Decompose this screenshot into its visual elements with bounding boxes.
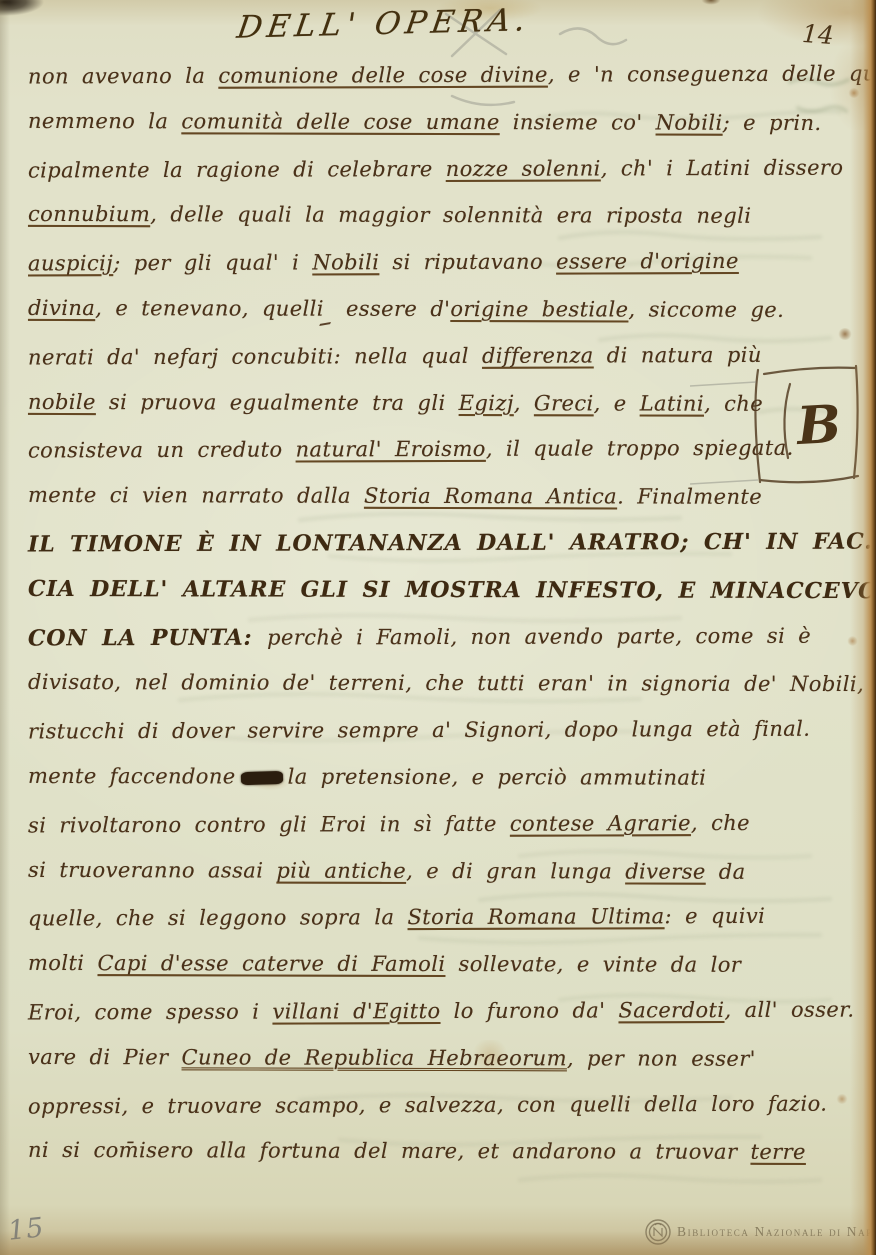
text-segment: , che — [704, 391, 763, 415]
text-segment: quelle, che si leggono sopra la — [28, 905, 408, 930]
text-segment: Eroi, come spesso i — [28, 1000, 273, 1025]
text-segment: , che — [691, 811, 750, 835]
text-segment: ; per gli qual' i — [113, 251, 312, 276]
text-segment: molti — [28, 951, 98, 975]
text-segment: , e tenevano, quelli — [95, 296, 324, 321]
underlined-text: Greci — [534, 391, 594, 415]
manuscript-line: vare di Pier Cuneo de Republica Hebraeor… — [28, 1034, 856, 1083]
underlined-text: villani d'Egitto — [272, 999, 440, 1024]
manuscript-line: divisato, nel dominio de' terreni, che t… — [28, 659, 856, 708]
text-segment: non avevano la — [28, 64, 218, 89]
text-segment: vare di Pier — [28, 1045, 182, 1069]
text-segment: CIA DELL' ALTARE GLI SI MOSTRA INFESTO, … — [28, 576, 876, 604]
underlined-text: Nobili — [312, 250, 379, 274]
underlined-text: Capi d'esse caterve di Famoli — [97, 951, 445, 976]
underlined-text: nobile — [28, 389, 96, 413]
text-segment: , e di gran lunga — [406, 858, 625, 883]
text-segment: mente ci vien narrato dalla — [28, 483, 364, 508]
underlined-text: contese Agrarie — [510, 811, 691, 836]
manuscript-line: CON LA PUNTA: perchè i Famoli, non avend… — [28, 612, 856, 662]
text-segment: IL TIMONE È IN LONTANANZA DALL' ARATRO; … — [28, 528, 873, 557]
text-segment: ristucchi di dover servire sempre a' Sig… — [28, 717, 810, 744]
text-segment: la pretensione, e perciò ammutinati — [288, 765, 707, 790]
underlined-text: Egizj — [459, 391, 514, 415]
underlined-text: Latini — [640, 391, 704, 415]
text-segment: cipalmente la ragione di celebrare — [28, 157, 446, 182]
underlined-text: più antiche — [276, 858, 406, 882]
page-title: DELL' OPERA. — [235, 2, 533, 46]
text-segment: , e 'n conseguenza delle quali — [548, 61, 876, 86]
text-segment: di natura più — [594, 343, 762, 368]
manuscript-line: Eroi, come spesso i villani d'Egitto lo … — [28, 986, 856, 1036]
text-segment: da — [706, 859, 746, 883]
paper-stain — [698, 0, 724, 12]
text-segment: . Finalmente — [617, 485, 762, 509]
text-segment: essere d' — [333, 297, 451, 321]
manuscript-line: nobile si pruova egualmente tra gli Egiz… — [28, 378, 856, 427]
page-number: 14 — [801, 19, 835, 50]
text-segment: divisato, nel dominio de' terreni, che t… — [28, 670, 864, 696]
text-segment: ni si com̄isero alla fortuna del mare, e… — [28, 1138, 751, 1164]
underlined-text: natural' Eroismo — [296, 437, 486, 462]
underlined-text: essere d'origine — [556, 249, 739, 274]
text-segment: perchè i Famoli, non avendo parte, come … — [267, 623, 811, 649]
manuscript-line: divina, e tenevano, quelli essere d'orig… — [28, 285, 856, 334]
underlined-text: auspicij — [28, 251, 113, 275]
manuscript-line: molti Capi d'esse caterve di Famoli soll… — [28, 940, 856, 989]
page-edge-right — [850, 0, 876, 1255]
underlined-text: Nobili — [656, 110, 723, 134]
manuscript-line: ristucchi di dover servire sempre a' Sig… — [28, 706, 856, 756]
text-segment: oppressi, e truovare scampo, e salvezza,… — [28, 1091, 827, 1118]
text-segment: , il quale troppo spiegata. — [486, 436, 794, 461]
underlined-text: differenza — [482, 343, 594, 367]
manuscript-line: nemmeno la comunità delle cose umane ins… — [28, 98, 856, 147]
text-segment: si pruova egualmente tra gli — [96, 390, 459, 415]
underlined-text: Sacerdoti — [618, 998, 724, 1022]
underlined-text: connubium — [28, 202, 150, 226]
manuscript-line: nerati da' nefarj concubiti: nella qual … — [28, 331, 856, 381]
text-segment: si truoveranno assai — [28, 857, 276, 882]
text-segment: consisteva un creduto — [28, 438, 296, 463]
text-segment: si riputavano — [379, 250, 556, 275]
manuscript-line: ni si com̄isero alla fortuna del mare, e… — [28, 1127, 856, 1176]
text-segment: insieme co' — [500, 110, 656, 134]
underlined-text: comunione delle cose divine — [218, 63, 548, 88]
text-segment: lo furono da' — [440, 998, 618, 1023]
manuscript-line: IL TIMONE È IN LONTANANZA DALL' ARATRO; … — [28, 519, 856, 569]
underlined-text: terre — [750, 1140, 805, 1164]
text-segment: CON LA PUNTA: — [28, 624, 267, 651]
manuscript-line: si truoveranno assai più antiche, e di g… — [28, 846, 856, 895]
manuscript-line: consisteva un creduto natural' Eroismo, … — [28, 425, 856, 475]
text-segment: si rivoltarono contro gli Eroi in sì fat… — [28, 812, 510, 838]
manuscript-line: CIA DELL' ALTARE GLI SI MOSTRA INFESTO, … — [28, 566, 856, 615]
text-segment: nemmeno la — [28, 109, 181, 133]
manuscript-line: connubium, delle quali la maggior solenn… — [28, 191, 856, 240]
text-segment: , delle quali la maggior solennità era r… — [150, 203, 751, 229]
underlined-text: comunità delle cose umane — [181, 109, 499, 134]
manuscript-line: cipalmente la ragione di celebrare nozze… — [28, 144, 856, 194]
text-segment: : e quivi — [664, 904, 765, 928]
text-segment: , ch' i Latini dissero — [601, 155, 844, 180]
text-segment: nerati da' nefarj concubiti: nella qual — [28, 344, 482, 370]
underlined-text: origine bestiale — [450, 297, 628, 321]
underlined-text: Storia Romana Ultima — [407, 905, 664, 930]
manuscript-line: oppressi, e truovare scampo, e salvezza,… — [28, 1080, 856, 1130]
manuscript-line: si rivoltarono contro gli Eroi in sì fat… — [28, 799, 856, 849]
manuscript-line: auspicij; per gli qual' i Nobili si ripu… — [28, 238, 856, 288]
underlined-text: diverse — [625, 859, 706, 883]
text-segment: , e — [594, 391, 640, 415]
manuscript-line: mente ci vien narrato dalla Storia Roman… — [28, 472, 856, 521]
text-segment: , — [514, 391, 534, 415]
double-underlined-text: Cuneo de Republica Hebraeorum — [182, 1045, 567, 1070]
manuscript-lines: non avevano la comunione delle cose divi… — [28, 52, 856, 1175]
text-segment: ; e prin. — [723, 111, 822, 135]
text-segment: mente faccendone — [28, 764, 236, 789]
ink-blot — [240, 771, 282, 785]
manuscript-line: mente faccendonela pretensione, e perciò… — [28, 753, 856, 802]
text-segment: sollevate, e vinte da lor — [445, 952, 741, 977]
page-edge-left — [0, 0, 10, 1255]
underlined-text: divina — [28, 296, 95, 320]
text-segment: , per non esser' — [567, 1046, 756, 1070]
manuscript-line: non avevano la comunione delle cose divi… — [28, 51, 856, 101]
manuscript-line: quelle, che si leggono sopra la Storia R… — [28, 893, 856, 943]
page-edge-bottom — [0, 1231, 876, 1255]
underlined-text: nozze solenni — [446, 156, 601, 181]
manuscript-page: DELL' OPERA. 14 non avevano la comunione… — [0, 0, 876, 1255]
underlined-text: Storia Romana Antica — [364, 484, 617, 509]
text-segment: , siccome ge. — [628, 297, 784, 321]
text-segment: , all' osser. — [724, 997, 854, 1021]
